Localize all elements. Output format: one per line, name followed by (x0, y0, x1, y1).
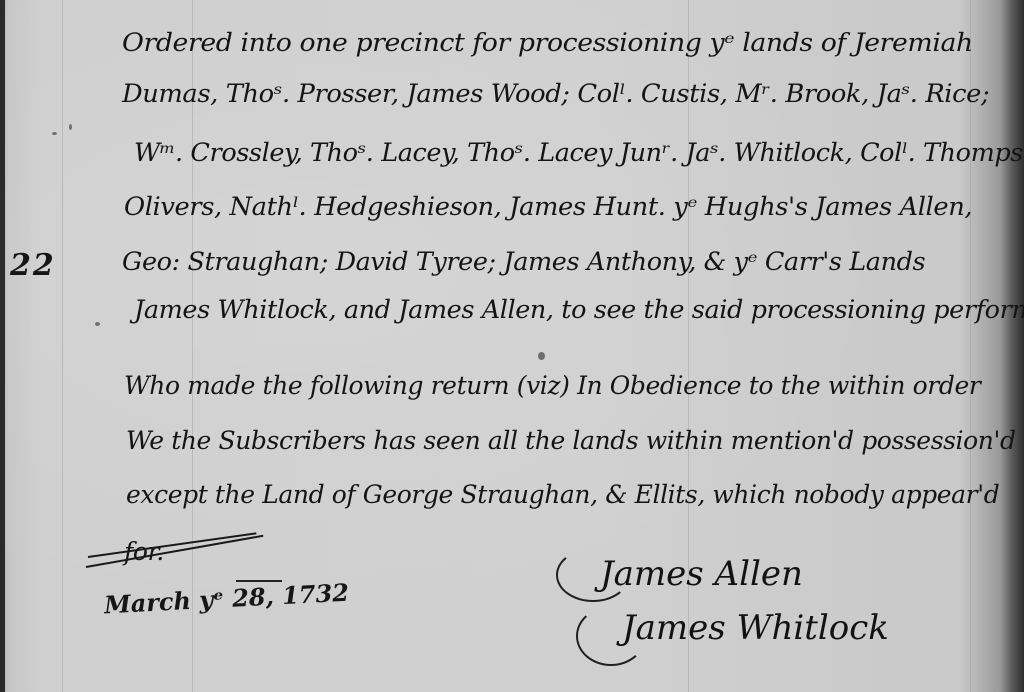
manuscript-line-2: Dumas, Thoˢ. Prosser, James Wood; Colˡ. … (122, 79, 989, 108)
ledger-rule (62, 0, 63, 692)
manuscript-line-3: Wᵐ. Crossley, Thoˢ. Lacey, Thoˢ. Lacey J… (134, 138, 1024, 167)
record-date: March yᵉ 28, 1732 (103, 578, 349, 620)
ink-speck (95, 322, 100, 326)
folio-number: 22 (10, 248, 56, 283)
ink-speck (538, 352, 545, 360)
manuscript-line-9: except the Land of George Straughan, & E… (126, 480, 999, 509)
manuscript-line-8: We the Subscribers has seen all the land… (126, 426, 1016, 455)
ink-speck (69, 124, 72, 130)
closing-flourish (88, 532, 257, 558)
manuscript-line-6: James Whitlock, and James Allen, to see … (134, 295, 1024, 324)
signature-james-allen: James Allen (600, 554, 803, 594)
manuscript-page: 22 Ordered into one precinct for process… (0, 0, 1024, 692)
signature-james-whitlock: James Whitlock (622, 608, 889, 648)
closing-flourish (86, 535, 264, 568)
binding-edge (0, 0, 5, 692)
manuscript-line-1: Ordered into one precinct for procession… (122, 28, 973, 57)
ink-speck (52, 132, 57, 135)
manuscript-line-7: Who made the following return (viz) In O… (124, 371, 980, 400)
manuscript-line-4: Olivers, Nathˡ. Hedgeshieson, James Hunt… (124, 192, 972, 221)
manuscript-line-5: Geo: Straughan; David Tyree; James Antho… (122, 247, 925, 276)
